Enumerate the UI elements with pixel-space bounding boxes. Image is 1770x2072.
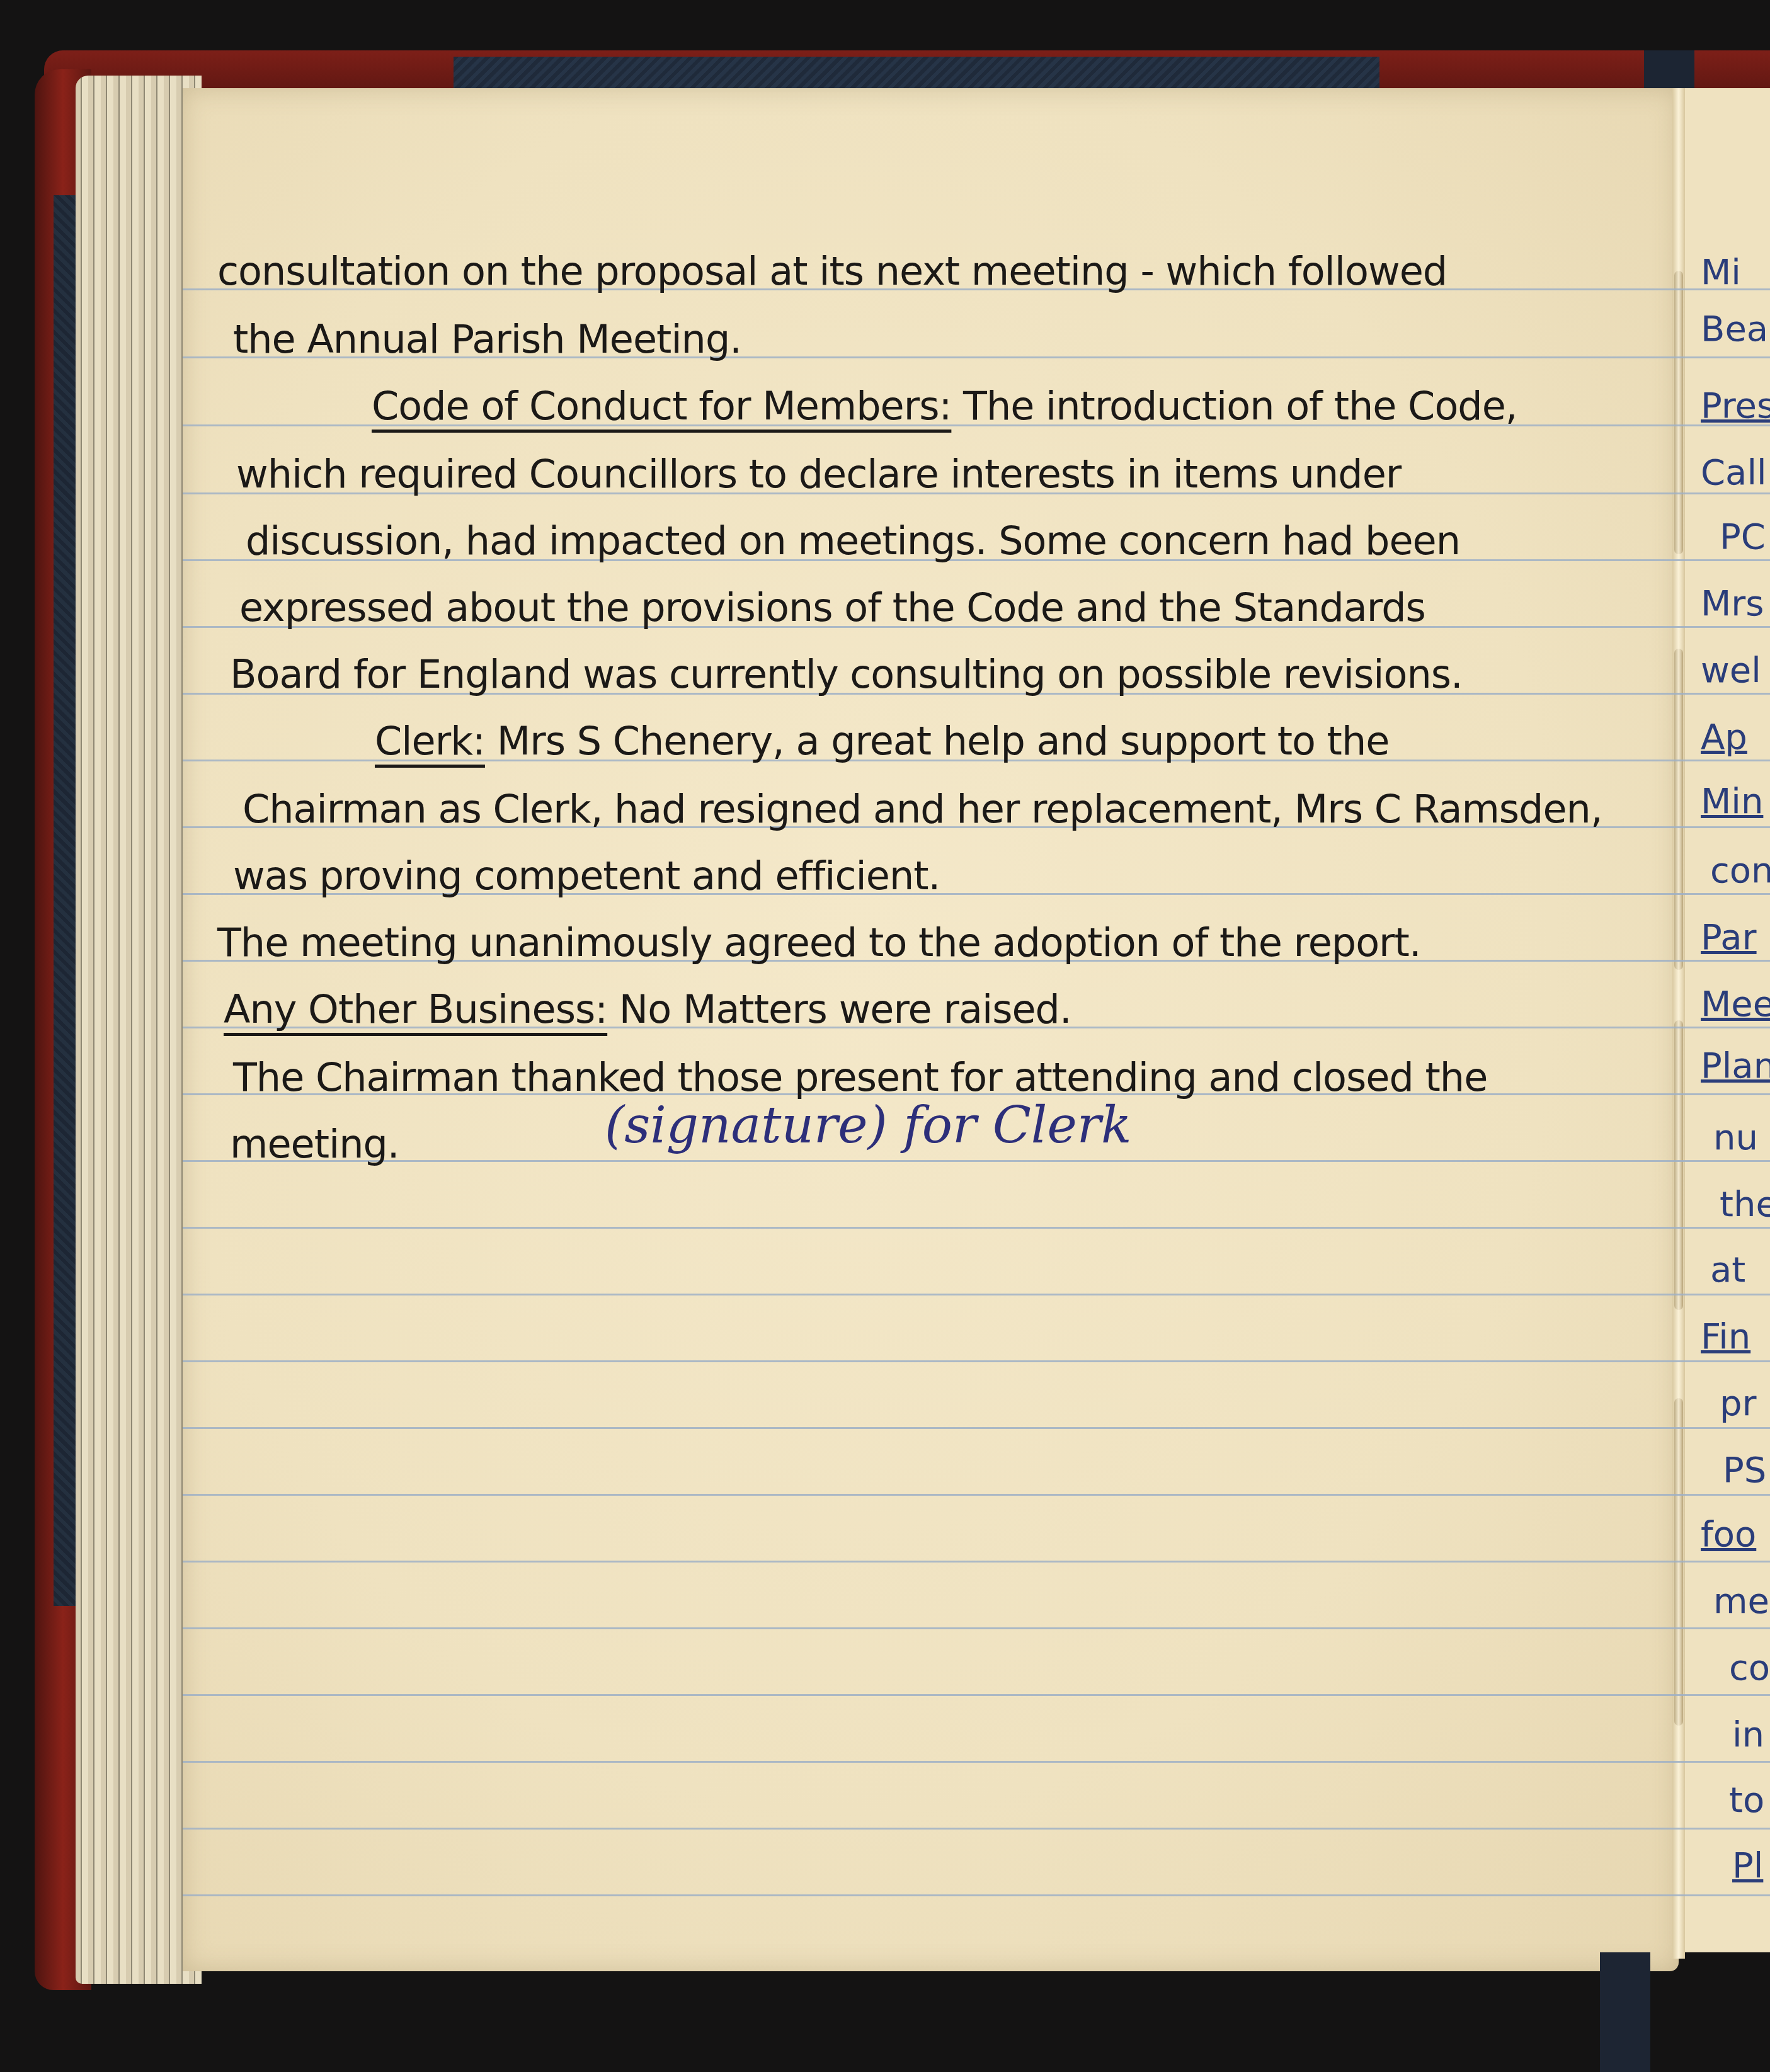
binding-stitch bbox=[1674, 1020, 1683, 1310]
binding-stitch bbox=[1674, 649, 1683, 970]
ruled-line bbox=[183, 1494, 1770, 1496]
ruled-line bbox=[183, 1694, 1770, 1696]
facing-page-fragment: the bbox=[1720, 1184, 1770, 1225]
facing-page-fragment: Min bbox=[1701, 781, 1770, 822]
minutes-line-14: meeting. bbox=[230, 1125, 399, 1164]
facing-page-fragment: Mi bbox=[1701, 252, 1770, 293]
facing-page-fragment: me bbox=[1713, 1581, 1770, 1622]
line-text: No Matters were raised. bbox=[607, 986, 1071, 1032]
minutes-line-12: Any Other Business: No Matters were rais… bbox=[224, 990, 1071, 1029]
facing-page-fragment: Plan bbox=[1701, 1045, 1770, 1086]
ruled-line bbox=[183, 1227, 1770, 1229]
facing-page-fragment: pr bbox=[1720, 1383, 1770, 1424]
facing-page-fragment: Fin bbox=[1701, 1316, 1770, 1357]
minutes-line-13: The Chairman thanked those present for a… bbox=[233, 1058, 1487, 1097]
facing-page-fragment: foo bbox=[1701, 1514, 1770, 1555]
facing-page-fragment: PC bbox=[1720, 516, 1770, 557]
facing-page-fragment: Ap bbox=[1701, 717, 1770, 758]
minutes-line-11: The meeting unanimously agreed to the ad… bbox=[217, 923, 1421, 962]
minutes-line-7: Board for England was currently consulti… bbox=[230, 655, 1463, 694]
minutes-line-8: Clerk: Mrs S Chenery, a great help and s… bbox=[375, 722, 1389, 761]
minutes-line-9: Chairman as Clerk, had resigned and her … bbox=[243, 790, 1602, 829]
minutes-line-2: the Annual Parish Meeting. bbox=[233, 320, 741, 359]
ruled-line bbox=[183, 1627, 1770, 1629]
facing-page-fragment: wel bbox=[1701, 650, 1770, 691]
line-text: Mrs S Chenery, a great help and support … bbox=[485, 718, 1389, 764]
ruled-line bbox=[183, 1561, 1770, 1563]
minutes-line-5: discussion, had impacted on meetings. So… bbox=[246, 521, 1460, 561]
facing-page-fragment: Mrs bbox=[1701, 583, 1770, 624]
ruled-line bbox=[183, 1894, 1770, 1896]
minutes-line-6: expressed about the provisions of the Co… bbox=[239, 588, 1425, 627]
facing-page-fragment: con bbox=[1710, 850, 1770, 891]
binding-stitch bbox=[1674, 271, 1683, 554]
minutes-line-1: consultation on the proposal at its next… bbox=[217, 252, 1447, 291]
facing-page-fragment: Call F bbox=[1701, 452, 1770, 493]
ruled-line bbox=[183, 1294, 1770, 1295]
ruled-line bbox=[183, 1360, 1770, 1362]
ruled-line bbox=[183, 1160, 1770, 1162]
facing-page-fragment: PS bbox=[1723, 1450, 1770, 1491]
minutes-line-4: which required Councillors to declare in… bbox=[236, 455, 1401, 494]
line-text: The introduction of the Code, bbox=[951, 383, 1517, 429]
facing-page-fragment: Mee bbox=[1701, 984, 1770, 1025]
clerk-signature: (signature) for Clerk bbox=[605, 1096, 1131, 1154]
ruled-line bbox=[183, 1427, 1770, 1429]
ruled-line bbox=[183, 1761, 1770, 1763]
facing-page-fragment: nu bbox=[1713, 1117, 1770, 1158]
facing-page-fragment: Pres bbox=[1701, 385, 1770, 426]
facing-page-fragment: in bbox=[1732, 1714, 1770, 1755]
section-heading-code-of-conduct: Code of Conduct for Members: bbox=[372, 383, 951, 429]
cover-strap-bottom bbox=[1600, 1952, 1650, 2072]
facing-page-fragment: to bbox=[1729, 1780, 1770, 1821]
section-heading-clerk: Clerk: bbox=[375, 718, 485, 764]
facing-page-fragment: Pl bbox=[1732, 1845, 1770, 1886]
ruled-line bbox=[183, 1828, 1770, 1830]
facing-page-fragment: Par bbox=[1701, 917, 1770, 958]
facing-page-fragment: Bea bbox=[1701, 309, 1770, 350]
facing-page-fragment: co bbox=[1729, 1648, 1770, 1688]
minutes-line-10: was proving competent and efficient. bbox=[233, 857, 940, 896]
section-heading-any-other-business: Any Other Business: bbox=[224, 986, 607, 1032]
minutes-line-3: Code of Conduct for Members: The introdu… bbox=[372, 387, 1517, 426]
facing-page-fragment: at bbox=[1710, 1249, 1770, 1290]
